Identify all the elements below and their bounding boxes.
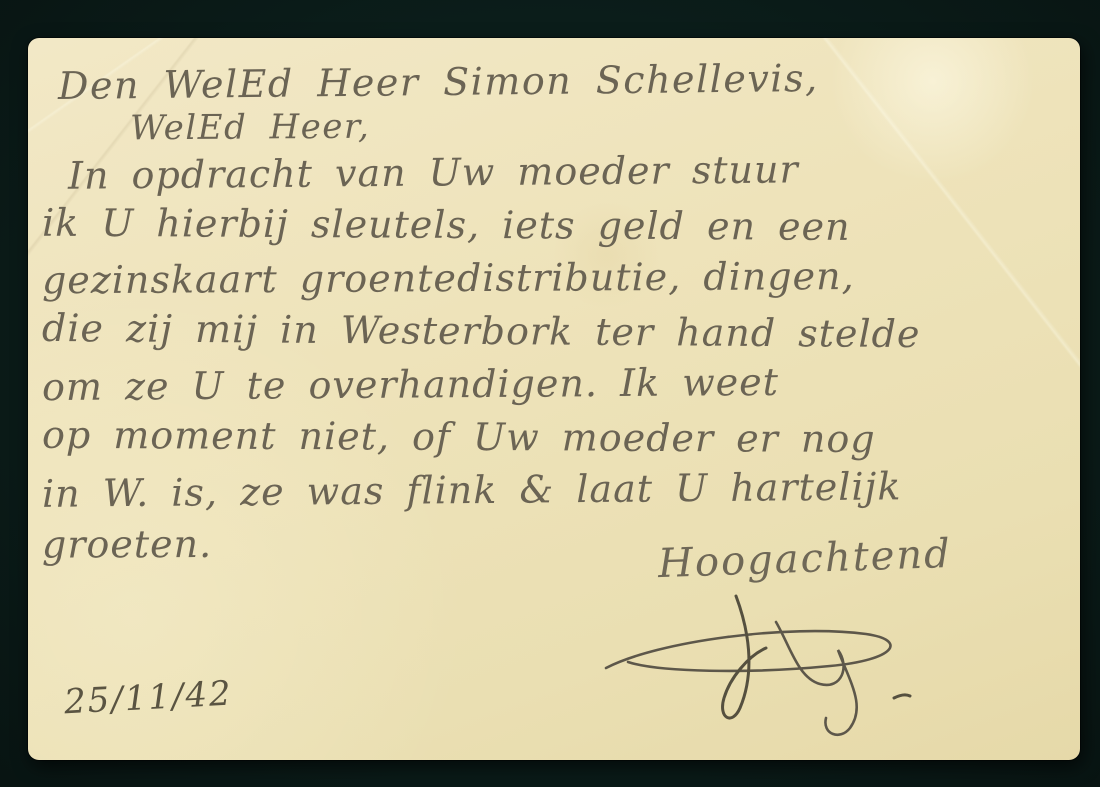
date: 25/11/42: [63, 674, 234, 723]
letter-line: op moment niet, of Uw moeder er nog: [42, 409, 921, 467]
letter-line: gezinskaart groentedistributie, dingen,: [42, 250, 921, 308]
valediction: Hoogachtend: [657, 531, 952, 587]
letter-line: ik U hierbij sleutels, iets geld en een: [42, 197, 921, 255]
photo-background: Den WelEd Heer Simon Schellevis, WelEd H…: [0, 0, 1100, 787]
letter-body: In opdracht van Uw moeder stuur ik U hie…: [42, 146, 920, 570]
letter-line: om ze U te overhandigen. Ik weet: [42, 355, 921, 414]
letter-line: In opdracht van Uw moeder stuur: [68, 142, 921, 202]
letter-line: in W. is, ze was flink & laat U hartelij…: [42, 460, 921, 521]
signature-scribble: [598, 586, 958, 746]
postcard: Den WelEd Heer Simon Schellevis, WelEd H…: [28, 38, 1080, 760]
salutation-line-1: Den WelEd Heer Simon Schellevis,: [58, 56, 819, 108]
salutation-block: Den WelEd Heer Simon Schellevis, WelEd H…: [58, 60, 819, 146]
salutation-line-2: WelEd Heer,: [130, 104, 819, 149]
letter-line: die zij mij in Westerbork ter hand steld…: [42, 302, 921, 361]
